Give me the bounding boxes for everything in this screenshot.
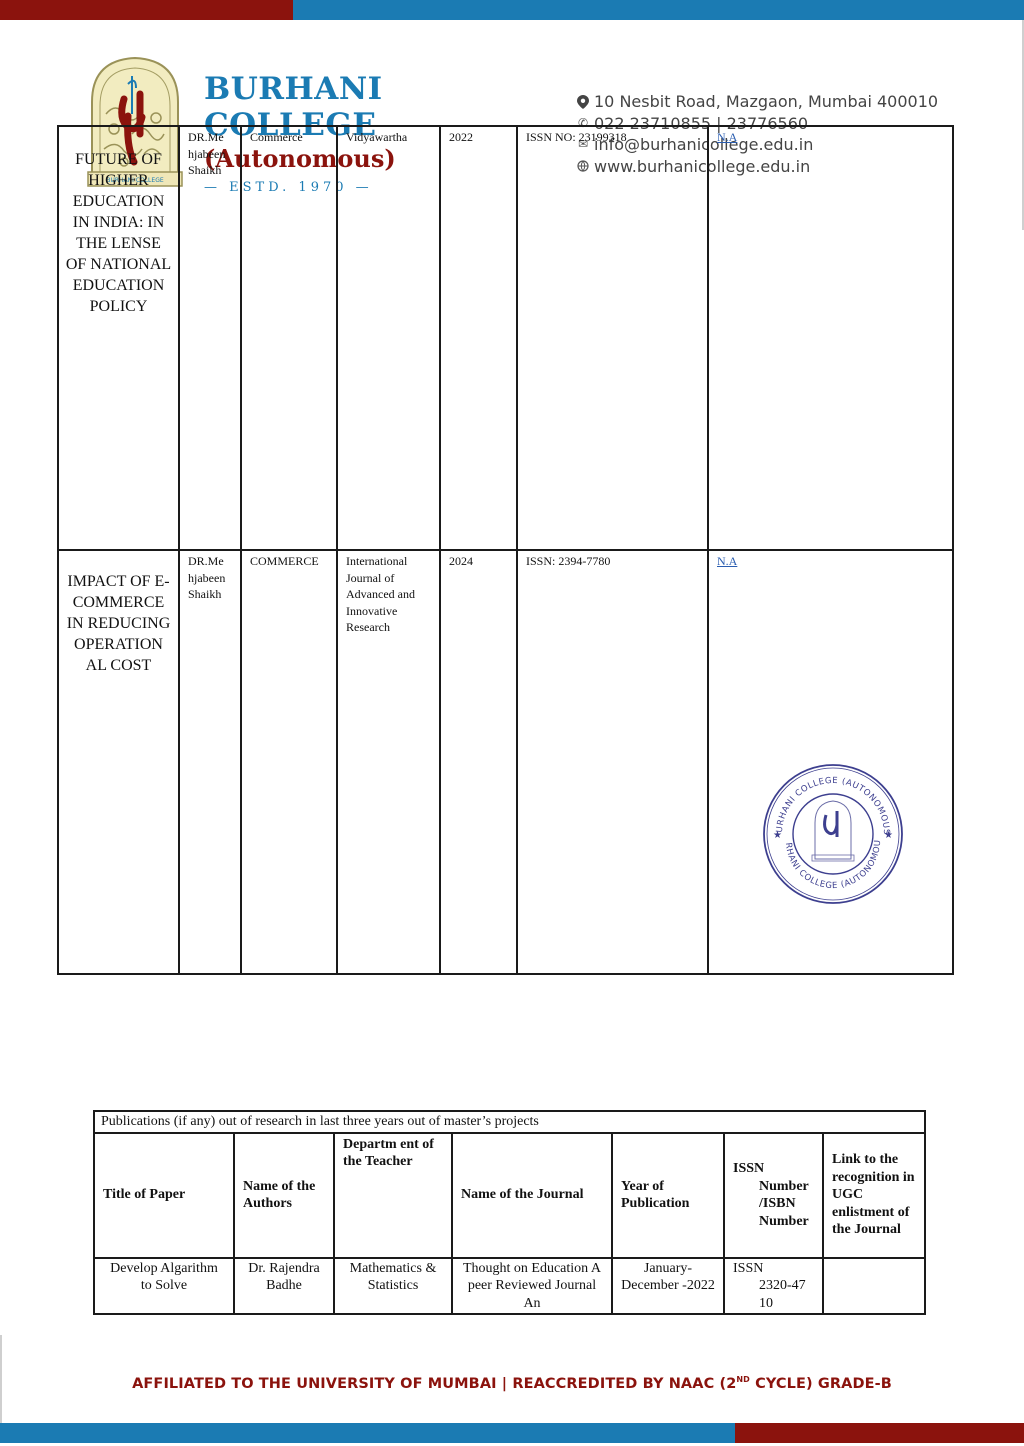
header-authors: Name of the Authors xyxy=(234,1133,334,1258)
issn-line2: 2320-47 10 xyxy=(733,1277,814,1312)
paper-title-cell: FUTURE OF HIGHER EDUCATION IN INDIA: IN … xyxy=(58,126,179,550)
accreditation-footer: AFFILIATED TO THE UNIVERSITY OF MUMBAI |… xyxy=(0,1375,1024,1392)
footer-bar-blue xyxy=(0,1423,735,1443)
address-row: 10 Nesbit Road, Mazgaon, Mumbai 400010 xyxy=(576,91,938,113)
footer-text-start: AFFILIATED TO THE UNIVERSITY OF MUMBAI |… xyxy=(132,1376,736,1392)
table-row: Develop Algarithm to Solve Dr. Rajendra … xyxy=(94,1258,925,1315)
department-cell: COMMERCE xyxy=(241,550,337,974)
header-journal: Name of the Journal xyxy=(452,1133,612,1258)
footer-text-end: CYCLE) GRADE-B xyxy=(750,1376,892,1392)
address-text: 10 Nesbit Road, Mazgaon, Mumbai 400010 xyxy=(594,91,938,113)
link-cell: N.A xyxy=(708,126,953,550)
table-row: IMPACT OF E- COMMERCE IN REDUCING OPERAT… xyxy=(58,550,953,974)
year-cell: 2022 xyxy=(440,126,517,550)
college-name-line1: BURHANI xyxy=(204,70,396,108)
header-bar-blue xyxy=(293,0,1024,20)
college-seal-stamp: BURHANI COLLEGE (AUTONOMOUS) BURHANI COL… xyxy=(760,763,906,905)
authors-cell: Dr. Rajendra Badhe xyxy=(234,1258,334,1315)
issn-line1: ISSN xyxy=(733,1261,763,1276)
footer-bar-red xyxy=(735,1423,1024,1443)
journal-cell: Thought on Education A peer Reviewed Jou… xyxy=(452,1258,612,1315)
header-issn-line1: ISSN xyxy=(733,1161,764,1176)
header-issn-line2: Number /ISBN Number xyxy=(733,1178,814,1231)
author-cell: DR.Me hjabeen Shaikh xyxy=(179,126,241,550)
journal-cell: International Journal of Advanced and In… xyxy=(337,550,440,974)
paper-title-cell: IMPACT OF E- COMMERCE IN REDUCING OPERAT… xyxy=(58,550,179,974)
journal-cell: Vidyawartha xyxy=(337,126,440,550)
link-cell: N.A xyxy=(708,550,953,974)
table-header-row: Title of Paper Name of the Authors Depar… xyxy=(94,1133,925,1258)
issn-cell: ISSN NO: 23199318 xyxy=(517,126,708,550)
author-cell: DR.Me hjabeen Shaikh xyxy=(179,550,241,974)
masters-publications-table: Publications (if any) out of research in… xyxy=(93,1110,926,1315)
issn-cell: ISSN: 2394-7780 xyxy=(517,550,708,974)
footer-superscript: ND xyxy=(736,1375,750,1384)
ugc-link[interactable]: N.A xyxy=(717,130,737,144)
table-row: FUTURE OF HIGHER EDUCATION IN INDIA: IN … xyxy=(58,126,953,550)
department-cell: Mathematics & Statistics xyxy=(334,1258,452,1315)
header-title: Title of Paper xyxy=(94,1133,234,1258)
header-bar-red xyxy=(0,0,293,20)
issn-cell: ISSN 2320-47 10 xyxy=(724,1258,823,1315)
svg-text:★: ★ xyxy=(773,830,782,841)
page-edge xyxy=(0,1335,2,1423)
year-cell: January- December -2022 xyxy=(612,1258,724,1315)
header-department: Departm ent of the Teacher xyxy=(334,1133,452,1258)
year-cell: 2024 xyxy=(440,550,517,974)
header-issn: ISSN Number /ISBN Number xyxy=(724,1133,823,1258)
header-link: Link to the recognition in UGC enlistmen… xyxy=(823,1133,925,1258)
header-year: Year of Publication xyxy=(612,1133,724,1258)
link-cell xyxy=(823,1258,925,1315)
location-pin-icon xyxy=(576,95,590,109)
svg-text:★: ★ xyxy=(884,830,893,841)
department-cell: Commerce xyxy=(241,126,337,550)
paper-title-cell: Develop Algarithm to Solve xyxy=(94,1258,234,1315)
table-caption-row: Publications (if any) out of research in… xyxy=(94,1111,925,1133)
table-caption: Publications (if any) out of research in… xyxy=(94,1111,925,1133)
ugc-link[interactable]: N.A xyxy=(717,554,737,568)
